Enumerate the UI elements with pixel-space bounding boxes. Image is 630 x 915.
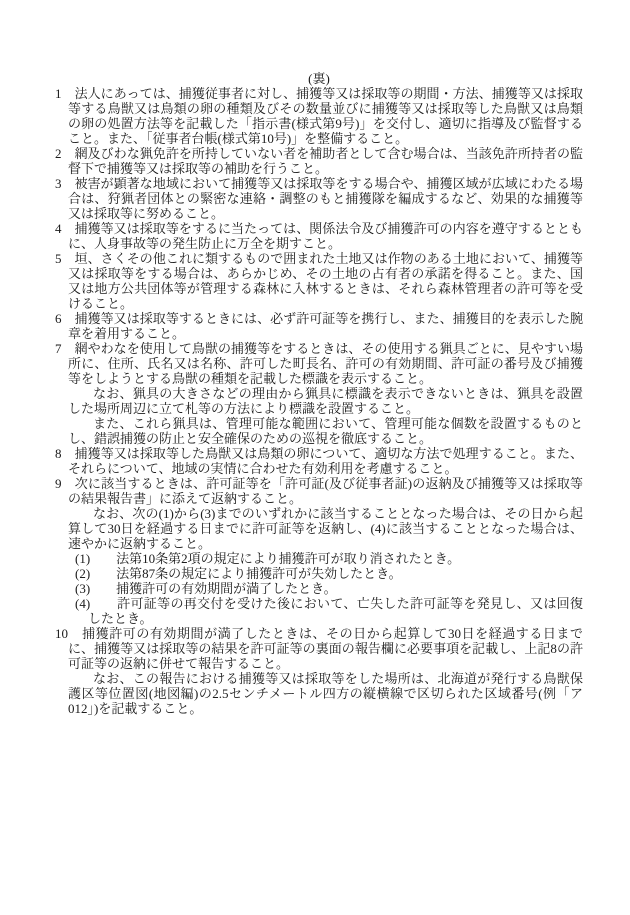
- clause-4: 4 捕獲等又は採取等をするに当たっては、関係法令及び捕獲許可の内容を遵守するとと…: [55, 221, 583, 251]
- clause-10: 10 捕獲許可の有効期間が満了したときは、その日から起算して30日を経過する日ま…: [55, 626, 583, 671]
- clause-6: 6 捕獲等又は採取等するときには、必ず許可証等を携行し、また、捕獲目的を表示した…: [55, 311, 583, 341]
- clause-7-note-1: なお、猟具の大きさなどの理由から猟具に標識を表示できないときは、猟具を設置した場…: [55, 386, 583, 416]
- document-body: 1 法人にあっては、捕獲従事者に対し、捕獲等又は採取等の期間・方法、捕獲等又は採…: [55, 86, 583, 716]
- clause-10-note: なお、この報告における捕獲等又は採取等をした場所は、北海道が発行する鳥獣保護区等…: [55, 671, 583, 716]
- clause-9-sub-1: (1) 法第10条第2項の規定により捕獲許可が取り消されたとき。: [55, 551, 583, 566]
- clause-9-sub-3: (3) 捕獲許可の有効期間が満了したとき。: [55, 581, 583, 596]
- clause-9-sub-4: (4) 許可証等の再交付を受けた後において、亡失した許可証等を発見し、又は回復し…: [55, 596, 583, 626]
- clause-5: 5 垣、さくその他これに類するもので囲まれた土地又は作物のある土地において、捕獲…: [55, 251, 583, 311]
- clause-7-note-2: また、これら猟具は、管理可能な範囲において、管理可能な個数を設置するものとし、錯…: [55, 416, 583, 446]
- clause-9-note: なお、次の(1)から(3)までのいずれかに該当することとなった場合は、その日から…: [55, 506, 583, 551]
- clause-7: 7 網やわなを使用して鳥獣の捕獲等をするときは、その使用する猟具ごとに、見やすい…: [55, 341, 583, 386]
- document-page: (裏) 1 法人にあっては、捕獲従事者に対し、捕獲等又は採取等の期間・方法、捕獲…: [0, 0, 630, 915]
- page-side-label: (裏): [55, 71, 583, 86]
- clause-2: 2 網及びわな猟免許を所持していない者を補助者として含む場合は、当該免許所持者の…: [55, 146, 583, 176]
- clause-3: 3 被害が顕著な地域において捕獲等又は採取等をする場合や、捕獲区域が広域にわたる…: [55, 176, 583, 221]
- clause-9-sub-2: (2) 法第87条の規定により捕獲許可が失効したとき。: [55, 566, 583, 581]
- clause-1: 1 法人にあっては、捕獲従事者に対し、捕獲等又は採取等の期間・方法、捕獲等又は採…: [55, 86, 583, 146]
- clause-9: 9 次に該当するときは、許可証等を「許可証(及び従事者証)の返納及び捕獲等又は採…: [55, 476, 583, 506]
- clause-8: 8 捕獲等又は採取等した鳥獣又は鳥類の卵について、適切な方法で処理すること。また…: [55, 446, 583, 476]
